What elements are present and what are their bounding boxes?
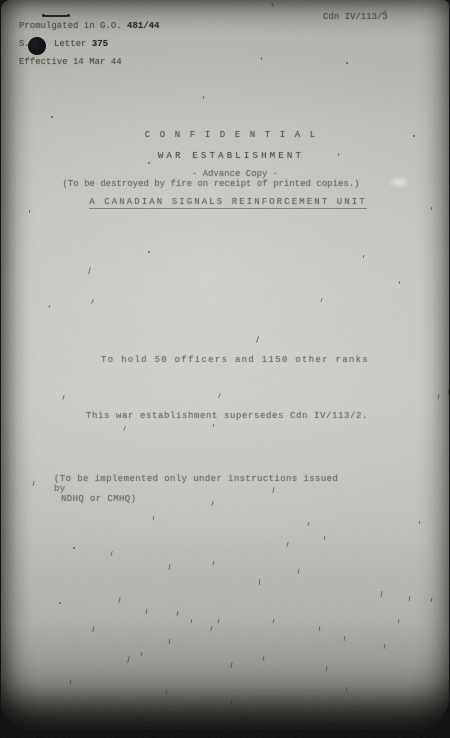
scan-speck [62, 395, 64, 400]
destroy-note: (To be destroyed by fire on receipt of p… [0, 179, 435, 189]
scan-speck [203, 96, 205, 99]
scan-speck [92, 626, 94, 632]
sd-letter-number: 375 [92, 39, 108, 49]
effective-date-line: Effective 14 Mar 44 [19, 57, 122, 67]
scanned-document-page: Cdn IV/113/3 Promulgated in G.O. 481/44 … [0, 0, 450, 738]
document-ref-number: Cdn IV/113/3 [323, 12, 388, 22]
paper-sheet: Cdn IV/113/3 Promulgated in G.O. 481/44 … [1, 0, 449, 730]
scan-speck [70, 680, 72, 684]
scan-speck [325, 666, 327, 671]
scan-speck [431, 598, 433, 602]
scan-speck [256, 336, 259, 343]
scan-speck [140, 652, 142, 656]
scan-speck [319, 626, 321, 631]
scan-speck [398, 619, 400, 623]
scan-speck [346, 688, 348, 691]
scan-speck [431, 207, 433, 210]
scan-speck [324, 536, 326, 540]
scan-speck [259, 579, 261, 585]
war-establishment-heading: WAR ESTABLISHMENT [7, 151, 450, 161]
scan-speck [346, 62, 348, 64]
scan-speck [59, 602, 61, 604]
scan-speck [123, 426, 126, 431]
scan-speck [32, 481, 34, 486]
document-title-text: A CANADIAN SIGNALS REINFORCEMENT UNIT [89, 197, 367, 209]
scan-speck [118, 597, 121, 603]
scan-speck [343, 636, 345, 641]
supersedes-line: This war establishment supersedes Cdn IV… [3, 411, 450, 421]
ink-dash-dot-right [67, 14, 70, 17]
scan-speck [261, 57, 263, 60]
ink-dash-dot-left [42, 14, 45, 17]
advance-copy-line: - Advance Copy - [11, 169, 450, 179]
scan-speck [210, 626, 212, 631]
scan-speck [48, 305, 50, 308]
scan-speck [148, 162, 150, 164]
scan-speck [438, 394, 440, 399]
scan-speck [168, 639, 170, 644]
scan-speck [153, 516, 155, 520]
scan-speck [127, 656, 130, 663]
scan-speck [168, 564, 170, 570]
scan-speck [230, 662, 232, 668]
scan-speck [191, 619, 193, 623]
capacity-line: To hold 50 officers and 1150 other ranks [11, 355, 450, 365]
scan-speck [73, 547, 75, 549]
scan-speck [413, 135, 415, 137]
scan-speck [213, 561, 215, 565]
implementation-note-line1: (To be implemented only under instructio… [54, 474, 354, 494]
scan-speck [399, 281, 401, 284]
hole-punch [28, 37, 46, 55]
scan-speck [320, 298, 322, 302]
scan-speck [297, 569, 299, 574]
scan-speck [408, 596, 410, 601]
implementation-note-line2: NDHQ or CMHQ) [61, 494, 354, 504]
scan-speck [218, 619, 220, 623]
scan-speck [231, 700, 233, 704]
scan-speck [88, 267, 91, 274]
scan-speck [419, 521, 421, 524]
classification-heading: C O N F I D E N T I A L [7, 130, 450, 140]
scan-speck [176, 611, 178, 616]
sd-letter-word: Letter [54, 39, 86, 49]
document-title: A CANADIAN SIGNALS REINFORCEMENT UNIT [4, 197, 450, 207]
scan-speck [383, 644, 385, 649]
promulgation-prefix: Promulgated in G.O. [19, 21, 122, 31]
general-order-number: 481/44 [127, 21, 159, 31]
scan-speck [286, 542, 288, 547]
scan-speck [166, 690, 168, 694]
scan-speck [148, 251, 150, 253]
scan-speck [218, 393, 221, 398]
scan-speck [273, 619, 275, 623]
scan-speck [448, 390, 449, 394]
scan-speck [262, 656, 264, 661]
promulgation-line: Promulgated in G.O. 481/44 [19, 21, 159, 31]
scan-speck [51, 116, 53, 118]
scan-speck [213, 424, 215, 427]
scan-speck [271, 2, 274, 7]
scan-speck [91, 299, 94, 304]
scan-speck [146, 609, 148, 614]
scan-speck [110, 551, 112, 556]
scan-speck [363, 255, 365, 258]
light-smudge [391, 179, 407, 186]
scan-speck [29, 210, 30, 213]
scan-speck [380, 591, 382, 597]
scan-speck [307, 522, 309, 526]
implementation-note: (To be implemented only under instructio… [54, 474, 354, 504]
ink-dash-mark [45, 15, 67, 17]
